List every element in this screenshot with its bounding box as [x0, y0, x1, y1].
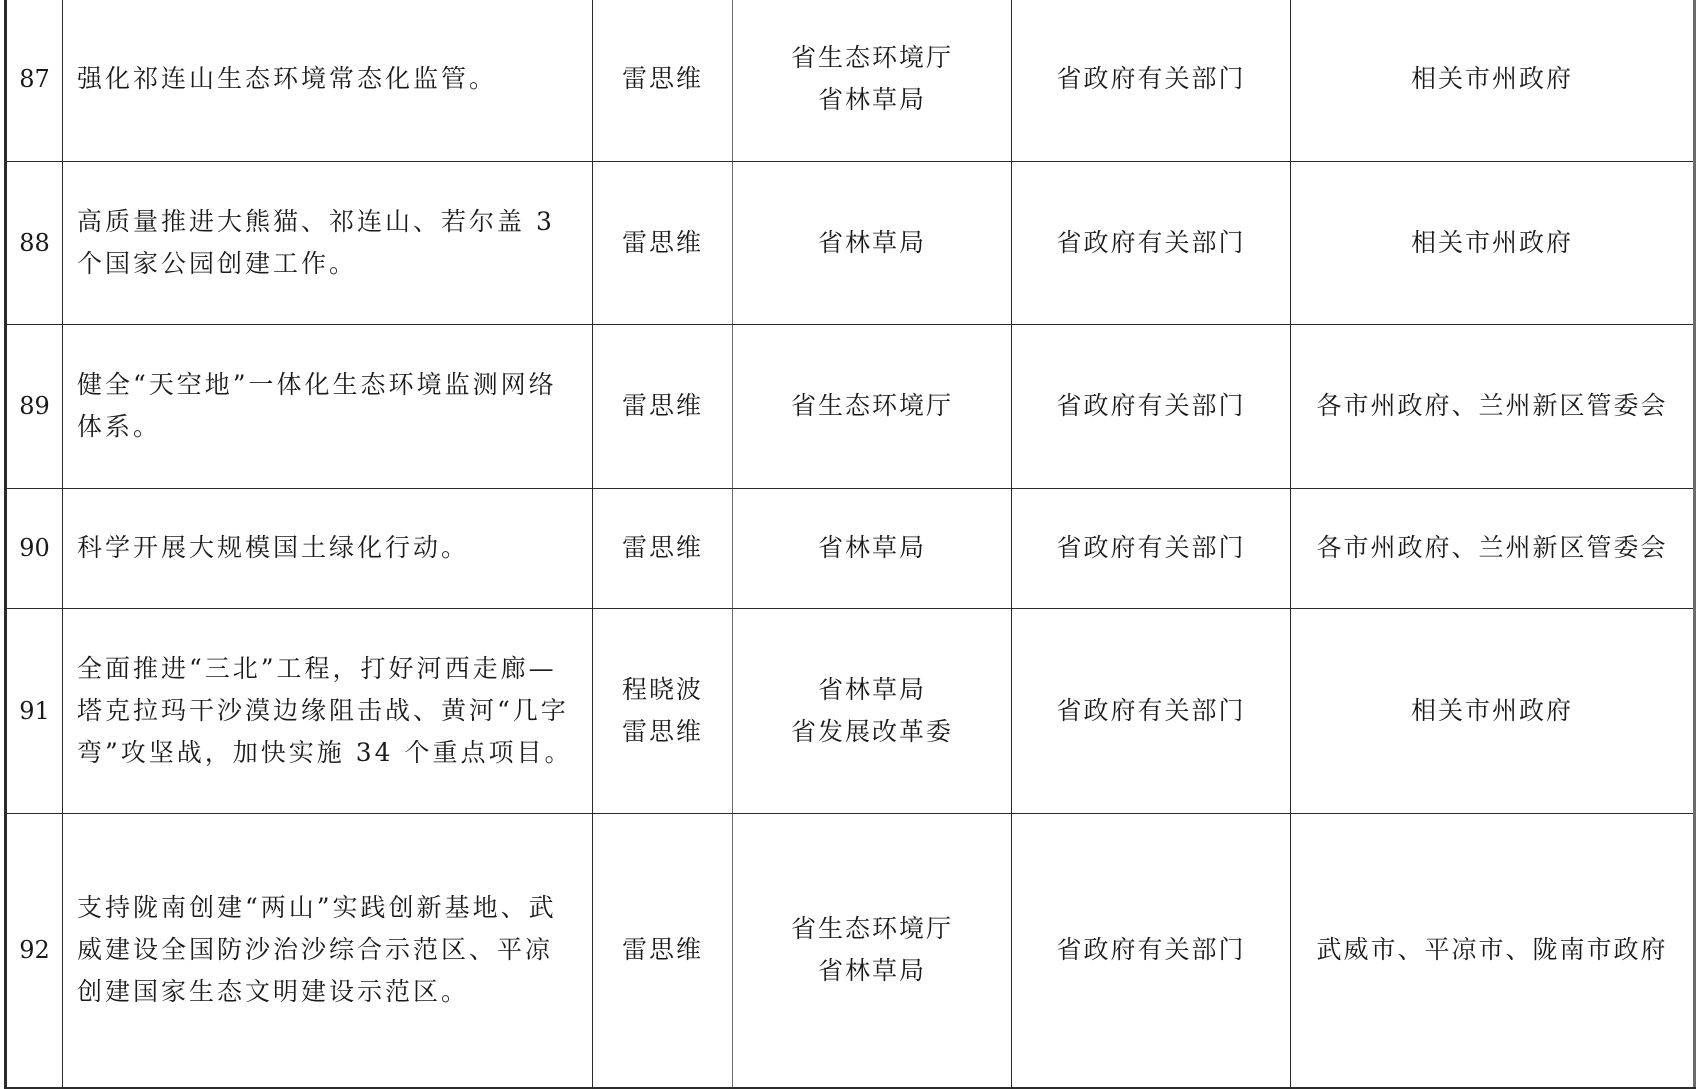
lead-official-name: 雷思维 — [593, 58, 732, 100]
lead-official-name: 雷思维 — [593, 929, 732, 971]
responsible-units: 各市州政府、兰州新区管委会 — [1291, 488, 1695, 608]
lead-official-name: 雷思维 — [593, 711, 732, 753]
table-row: 90 科学开展大规模国土绿化行动。 雷思维 省林草局 省政府有关部门 各市州政府… — [6, 488, 1695, 608]
row-number: 87 — [6, 0, 63, 161]
lead-official: 雷思维 — [593, 813, 733, 1088]
lead-unit: 省生态环境厅 — [733, 324, 1012, 488]
lead-unit: 省林草局 — [733, 488, 1012, 608]
row-number: 90 — [6, 488, 63, 608]
task-description: 高质量推进大熊猫、祁连山、若尔盖 3 个国家公园创建工作。 — [63, 161, 593, 324]
table-row: 88 高质量推进大熊猫、祁连山、若尔盖 3 个国家公园创建工作。 雷思维 省林草… — [6, 161, 1695, 324]
lead-official: 程晓波 雷思维 — [593, 608, 733, 813]
lead-unit-name: 省林草局 — [733, 79, 1011, 121]
task-description: 科学开展大规模国土绿化行动。 — [63, 488, 593, 608]
lead-unit-name: 省发展改革委 — [733, 711, 1011, 753]
responsible-units: 相关市州政府 — [1291, 0, 1695, 161]
table-row: 89 健全“天空地”一体化生态环境监测网络体系。 雷思维 省生态环境厅 省政府有… — [6, 324, 1695, 488]
lead-unit: 省林草局 省发展改革委 — [733, 608, 1012, 813]
lead-unit-name: 省林草局 — [733, 527, 1011, 569]
lead-official: 雷思维 — [593, 161, 733, 324]
cooperating-units: 省政府有关部门 — [1012, 488, 1291, 608]
lead-unit-name: 省生态环境厅 — [733, 385, 1011, 427]
task-description: 健全“天空地”一体化生态环境监测网络体系。 — [63, 324, 593, 488]
lead-official-name: 雷思维 — [593, 222, 732, 264]
lead-official: 雷思维 — [593, 0, 733, 161]
row-number: 89 — [6, 324, 63, 488]
row-number: 91 — [6, 608, 63, 813]
lead-unit: 省林草局 — [733, 161, 1012, 324]
table-row: 92 支持陇南创建“两山”实践创新基地、武威建设全国防沙治沙综合示范区、平凉创建… — [6, 813, 1695, 1088]
lead-official: 雷思维 — [593, 324, 733, 488]
cooperating-units: 省政府有关部门 — [1012, 161, 1291, 324]
cooperating-units: 省政府有关部门 — [1012, 813, 1291, 1088]
table-row: 91 全面推进“三北”工程，打好河西走廊—塔克拉玛干沙漠边缘阻击战、黄河“几字弯… — [6, 608, 1695, 813]
task-description: 全面推进“三北”工程，打好河西走廊—塔克拉玛干沙漠边缘阻击战、黄河“几字弯”攻坚… — [63, 608, 593, 813]
lead-unit-name: 省生态环境厅 — [733, 37, 1011, 79]
lead-unit: 省生态环境厅 省林草局 — [733, 813, 1012, 1088]
responsible-units: 相关市州政府 — [1291, 161, 1695, 324]
lead-unit-name: 省林草局 — [733, 950, 1011, 992]
task-table: 87 强化祁连山生态环境常态化监管。 雷思维 省生态环境厅 省林草局 省政府有关… — [4, 0, 1696, 1089]
task-description: 强化祁连山生态环境常态化监管。 — [63, 0, 593, 161]
lead-official-name: 雷思维 — [593, 527, 732, 569]
task-description: 支持陇南创建“两山”实践创新基地、武威建设全国防沙治沙综合示范区、平凉创建国家生… — [63, 813, 593, 1088]
lead-unit-name: 省生态环境厅 — [733, 908, 1011, 950]
lead-unit-name: 省林草局 — [733, 669, 1011, 711]
lead-official-name: 雷思维 — [593, 385, 732, 427]
responsible-units: 武威市、平凉市、陇南市政府 — [1291, 813, 1695, 1088]
row-number: 92 — [6, 813, 63, 1088]
responsible-units: 相关市州政府 — [1291, 608, 1695, 813]
lead-unit: 省生态环境厅 省林草局 — [733, 0, 1012, 161]
lead-official-name: 程晓波 — [593, 669, 732, 711]
cooperating-units: 省政府有关部门 — [1012, 0, 1291, 161]
lead-official: 雷思维 — [593, 488, 733, 608]
row-number: 88 — [6, 161, 63, 324]
lead-unit-name: 省林草局 — [733, 222, 1011, 264]
cooperating-units: 省政府有关部门 — [1012, 608, 1291, 813]
table-row: 87 强化祁连山生态环境常态化监管。 雷思维 省生态环境厅 省林草局 省政府有关… — [6, 0, 1695, 161]
cooperating-units: 省政府有关部门 — [1012, 324, 1291, 488]
responsible-units: 各市州政府、兰州新区管委会 — [1291, 324, 1695, 488]
